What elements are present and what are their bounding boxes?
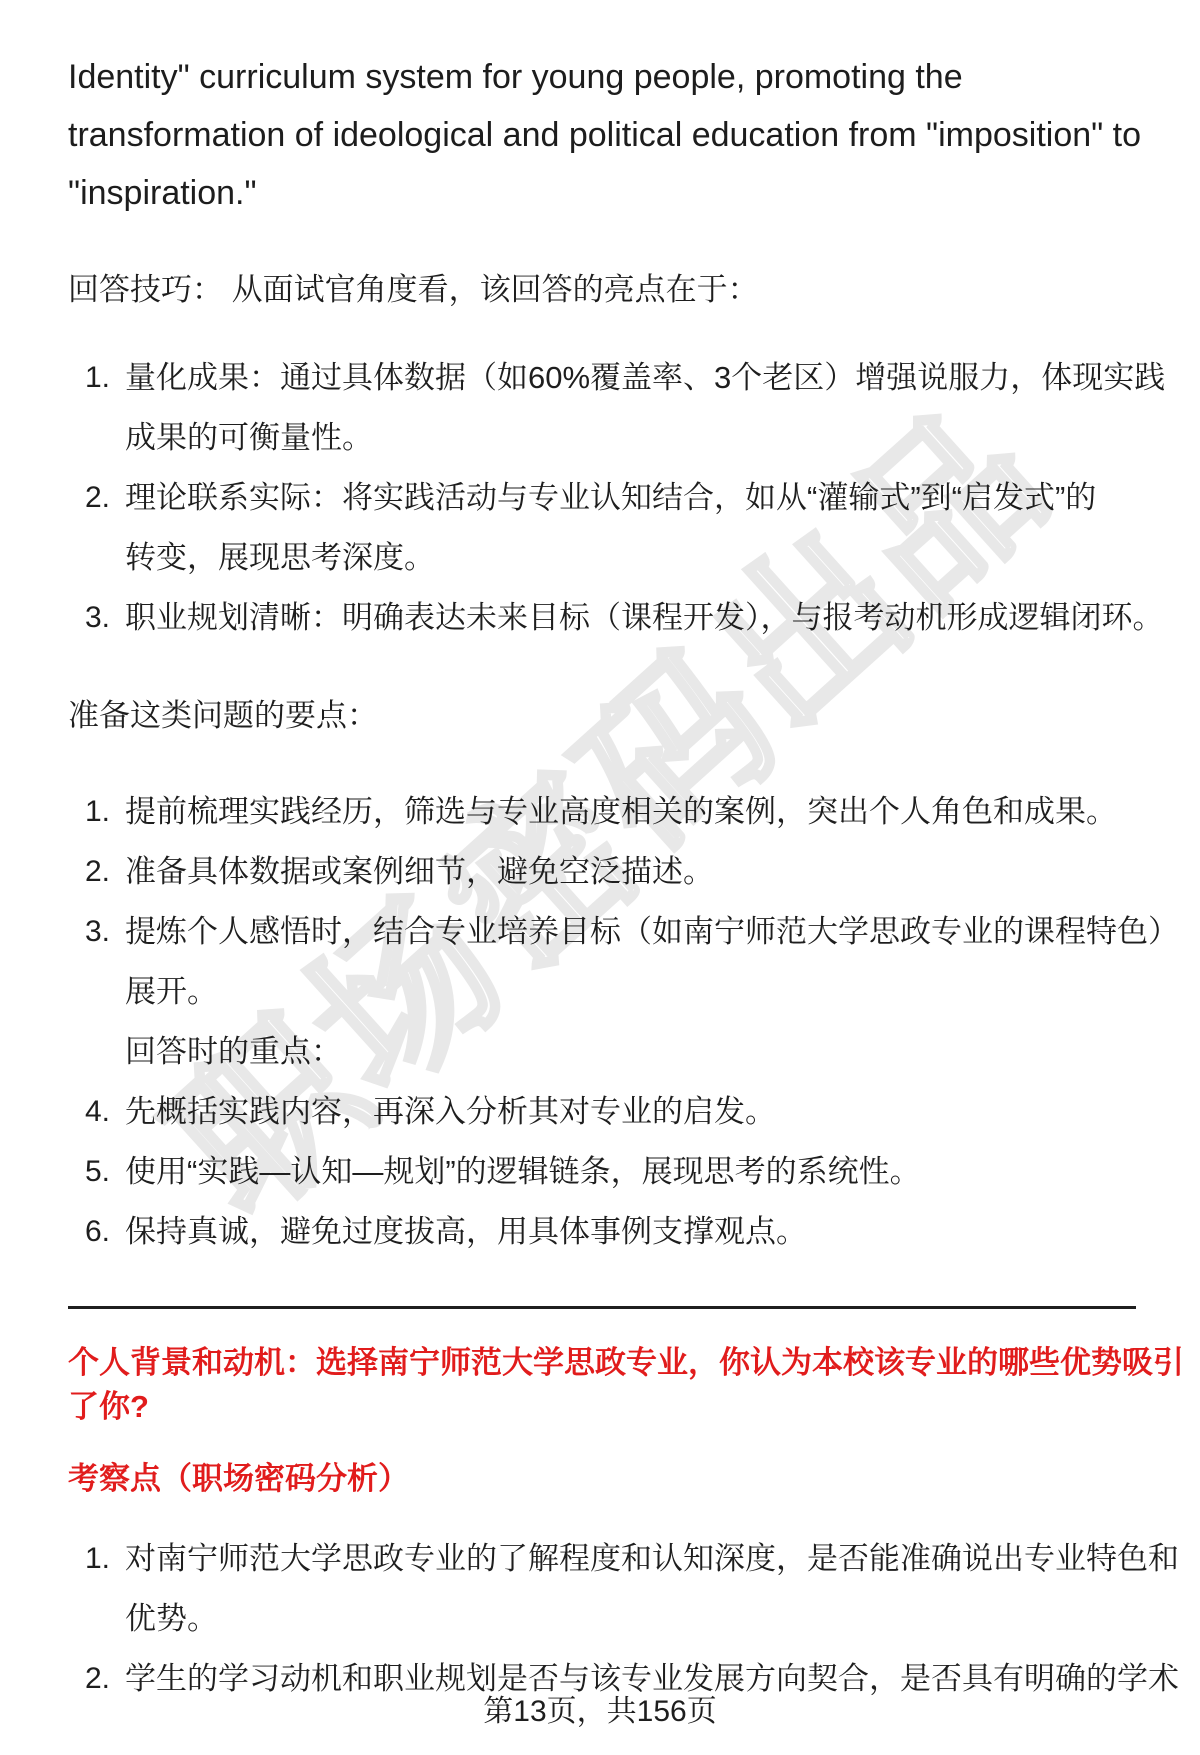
list-item-number: 1. (68, 782, 125, 842)
list-item: 1. 提前梳理实践经历，筛选与专业高度相关的案例，突出个人角色和成果。 (68, 782, 1136, 842)
list-item: 3. 提炼个人感悟时，结合专业培养目标（如南宁师范大学思政专业的课程特色） 展开… (68, 902, 1136, 1082)
answer-tips-heading: 回答技巧： 从面试官角度看，该回答的亮点在于： (68, 260, 1136, 320)
list-item-number: 2. (68, 468, 125, 588)
list-item-number: 1. (68, 1529, 125, 1649)
text-line: 回答时的重点： (125, 1022, 1136, 1082)
text-line: 准备具体数据或案例细节，避免空泛描述。 (125, 842, 1136, 902)
list-item-number: 6. (68, 1202, 125, 1262)
text-line: 理论联系实际：将实践活动与专业认知结合，如从“灌输式”到“启发式”的 (125, 468, 1136, 528)
list-item: 2. 准备具体数据或案例细节，避免空泛描述。 (68, 842, 1136, 902)
text-line: 展开。 (125, 962, 1136, 1022)
list-item-text: 提前梳理实践经历，筛选与专业高度相关的案例，突出个人角色和成果。 (125, 782, 1136, 842)
list-item: 4. 先概括实践内容，再深入分析其对专业的启发。 (68, 1082, 1136, 1142)
text-line: 保持真诚，避免过度拔高，用具体事例支撑观点。 (125, 1202, 1136, 1262)
examine-heading: 考察点（职场密码分析） (68, 1457, 1136, 1501)
text-line: 个人背景和动机：选择南宁师范大学思政专业，你认为本校该专业的哪些优势吸引 (68, 1341, 1136, 1385)
list-item: 5. 使用“实践—认知—规划”的逻辑链条，展现思考的系统性。 (68, 1142, 1136, 1202)
list-item-number: 3. (68, 902, 125, 1082)
text-line: 先概括实践内容，再深入分析其对专业的启发。 (125, 1082, 1136, 1142)
text-line: 了你? (68, 1385, 1136, 1429)
text-line: 成果的可衡量性。 (125, 408, 1136, 468)
list-item-text: 准备具体数据或案例细节，避免空泛描述。 (125, 842, 1136, 902)
list-item-number: 4. (68, 1082, 125, 1142)
text-line: 提炼个人感悟时，结合专业培养目标（如南宁师范大学思政专业的课程特色） (125, 902, 1136, 962)
text-line: Identity" curriculum system for young pe… (68, 48, 1136, 106)
list-item-text: 保持真诚，避免过度拔高，用具体事例支撑观点。 (125, 1202, 1136, 1262)
text-line: 使用“实践—认知—规划”的逻辑链条，展现思考的系统性。 (125, 1142, 1136, 1202)
list-item: 2. 理论联系实际：将实践活动与专业认知结合，如从“灌输式”到“启发式”的 转变… (68, 468, 1136, 588)
answer-tips-list: 1. 量化成果：通过具体数据（如60%覆盖率、3个老区）增强说服力，体现实践 成… (68, 348, 1136, 648)
prep-points-heading: 准备这类问题的要点： (68, 686, 1136, 746)
question-heading: 个人背景和动机：选择南宁师范大学思政专业，你认为本校该专业的哪些优势吸引 了你? (68, 1341, 1136, 1429)
list-item-number: 5. (68, 1142, 125, 1202)
list-item-text: 先概括实践内容，再深入分析其对专业的启发。 (125, 1082, 1136, 1142)
page-content: Identity" curriculum system for young pe… (0, 48, 1200, 1709)
list-item: 6. 保持真诚，避免过度拔高，用具体事例支撑观点。 (68, 1202, 1136, 1262)
document-page: { "page": { "watermark": "职场密码出品", "foot… (0, 0, 1200, 1755)
list-item: 3. 职业规划清晰：明确表达未来目标（课程开发），与报考动机形成逻辑闭环。 (68, 588, 1136, 648)
text-line: 对南宁师范大学思政专业的了解程度和认知深度，是否能准确说出专业特色和 (125, 1529, 1136, 1589)
list-item-text: 对南宁师范大学思政专业的了解程度和认知深度，是否能准确说出专业特色和 优势。 (125, 1529, 1136, 1649)
list-item-number: 2. (68, 842, 125, 902)
page-footer: 第13页，共156页 (0, 1692, 1200, 1732)
list-item-text: 提炼个人感悟时，结合专业培养目标（如南宁师范大学思政专业的课程特色） 展开。 回… (125, 902, 1136, 1082)
list-item-text: 理论联系实际：将实践活动与专业认知结合，如从“灌输式”到“启发式”的 转变，展现… (125, 468, 1136, 588)
section-divider (68, 1306, 1136, 1309)
prep-points-list: 1. 提前梳理实践经历，筛选与专业高度相关的案例，突出个人角色和成果。 2. 准… (68, 782, 1136, 1262)
text-line: transformation of ideological and politi… (68, 106, 1136, 164)
text-line: 职业规划清晰：明确表达未来目标（课程开发），与报考动机形成逻辑闭环。 (125, 588, 1136, 648)
text-line: 优势。 (125, 1589, 1136, 1649)
list-item-number: 1. (68, 348, 125, 468)
list-item-text: 量化成果：通过具体数据（如60%覆盖率、3个老区）增强说服力，体现实践 成果的可… (125, 348, 1136, 468)
list-item-number: 3. (68, 588, 125, 648)
intro-paragraph-en: Identity" curriculum system for young pe… (68, 48, 1136, 222)
text-line: 提前梳理实践经历，筛选与专业高度相关的案例，突出个人角色和成果。 (125, 782, 1136, 842)
text-line: "inspiration." (68, 164, 1136, 222)
list-item-text: 使用“实践—认知—规划”的逻辑链条，展现思考的系统性。 (125, 1142, 1136, 1202)
examine-list: 1. 对南宁师范大学思政专业的了解程度和认知深度，是否能准确说出专业特色和 优势… (68, 1529, 1136, 1709)
list-item: 1. 量化成果：通过具体数据（如60%覆盖率、3个老区）增强说服力，体现实践 成… (68, 348, 1136, 468)
list-item-text: 职业规划清晰：明确表达未来目标（课程开发），与报考动机形成逻辑闭环。 (125, 588, 1136, 648)
text-line: 转变，展现思考深度。 (125, 528, 1136, 588)
list-item: 1. 对南宁师范大学思政专业的了解程度和认知深度，是否能准确说出专业特色和 优势… (68, 1529, 1136, 1649)
text-line: 量化成果：通过具体数据（如60%覆盖率、3个老区）增强说服力，体现实践 (125, 348, 1136, 408)
